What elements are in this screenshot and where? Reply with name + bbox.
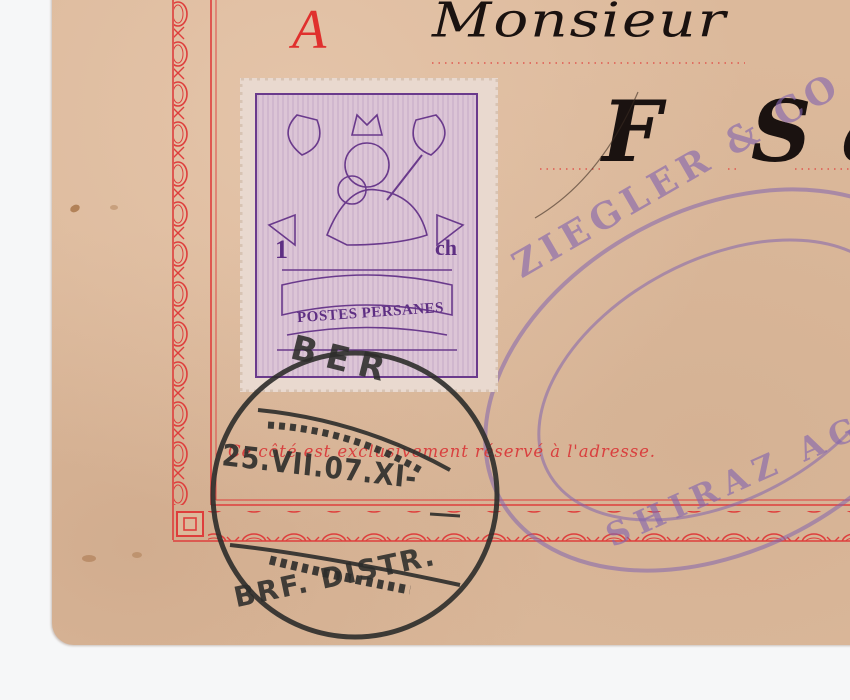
stain (110, 205, 118, 210)
stain (132, 552, 142, 558)
stamp-design: 1 ch POSTES PERSANES (255, 93, 478, 378)
postage-stamp: 1 ch POSTES PERSANES (240, 78, 498, 392)
stamp-denomination-value: 1 (275, 235, 288, 265)
stain (82, 555, 96, 562)
printed-a-heading: A (292, 2, 326, 58)
stamp-denomination-unit: ch (435, 235, 457, 261)
handwritten-salutation: Monsieur (432, 0, 727, 48)
